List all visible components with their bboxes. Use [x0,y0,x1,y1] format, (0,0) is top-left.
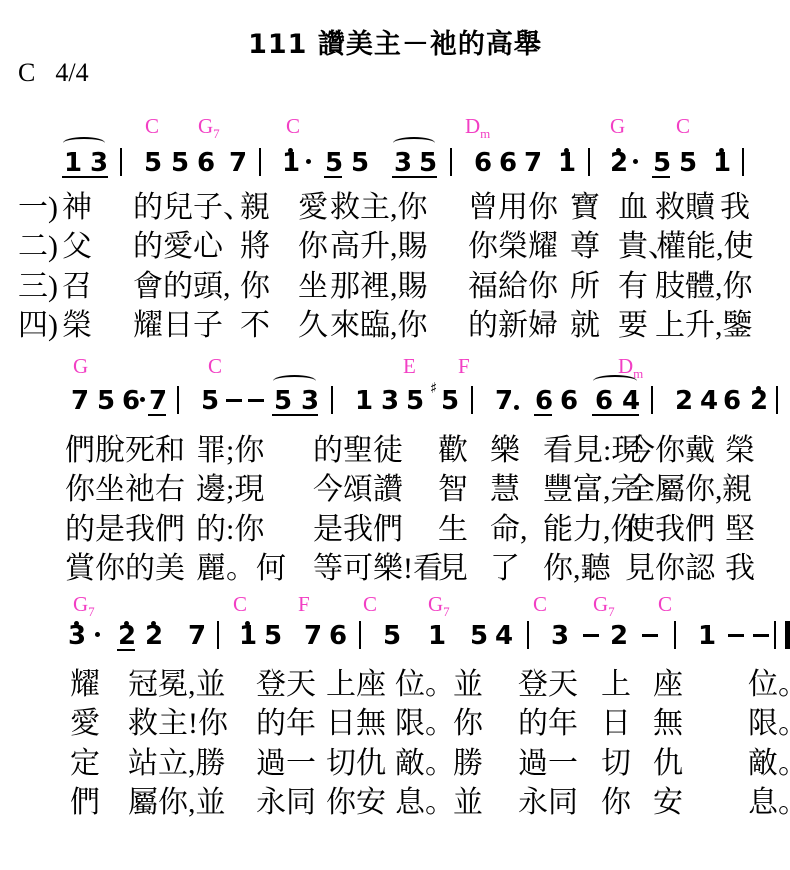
barline [217,621,219,649]
music-note: 3 [301,388,317,414]
lyric-segment: 並 [453,668,483,703]
lyric-segment: 無 [653,707,683,742]
key-signature: C [18,58,35,87]
lyric-segment: 曾用你 [468,191,558,226]
augmentation-dot [306,159,311,164]
verse-number: 四) [18,309,58,344]
music-note: 3 [381,388,397,414]
lyric-segment: 勝 [453,747,483,782]
music-note: 2 [610,623,626,649]
music-note: 7 [71,388,87,414]
lyric-segment: 的新婦 [468,309,558,344]
lyric-segment: 命, [490,513,528,548]
chord-label: G [610,116,625,137]
octave-dot [719,148,724,153]
chord-label: C [145,116,159,137]
lyric-segment: 久 [298,309,328,344]
octave-dot [74,621,79,626]
duration-dash [728,634,744,637]
music-note: 7 [229,150,245,176]
lyric-segment: 日無 [326,707,386,742]
lyric-segment: 召 [62,270,92,305]
lyric-segment: 生 [438,513,468,548]
lyric-segment: 安 [653,786,683,821]
sheet: 111 讚美主－祂的高舉 C4/4 CG7CDmGCGCEFDmG7CFCG7C… [0,0,790,870]
music-note: 1 [239,623,255,649]
music-note: 2 [750,388,766,414]
music-note: 3 [68,623,84,649]
music-note: 2 [610,150,626,176]
lyric-segment: 來臨,你 [330,309,428,344]
music-note: 6 [535,388,551,414]
lyric-segment: 肢體,你 [655,270,753,305]
augmentation-dot [95,632,100,637]
barline [177,386,179,414]
music-note: 6 [329,623,345,649]
music-note: 6 [560,388,576,414]
sharp-accidental-icon: ♯ [430,381,437,396]
beam-line [272,414,318,416]
music-note: 5 [97,388,113,414]
lyric-segment: 尊 [570,230,600,265]
lyric-segment: 息。 [395,786,455,821]
lyric-segment: 你 [601,786,631,821]
music-note: 5 [470,623,486,649]
lyric-segment: 將 [240,230,270,265]
music-note: 6 [499,150,515,176]
lyric-segment: 上 [601,668,631,703]
octave-dot [288,148,293,153]
music-note: 6 [122,388,138,414]
chord-label: G7 [428,594,450,618]
music-note: 7 [495,388,511,414]
slur-arc [273,375,316,387]
barline [359,621,361,649]
lyric-segment: 是我們 [313,513,403,548]
music-note: 4 [622,388,638,414]
beam-line [62,176,108,178]
lyric-segment: 邊;現 [196,473,264,508]
lyric-segment: 父 [62,230,92,265]
lyric-segment: 並 [453,786,483,821]
lyric-segment: 過一 [256,747,316,782]
barline [120,148,122,176]
lyric-segment: 的兒子、 [133,191,253,226]
music-note: 5 [201,388,217,414]
lyric-segment: 有 [618,270,648,305]
music-note: 3 [551,623,567,649]
lyric-segment: 那裡,賜 [330,270,428,305]
music-note: 7 [149,388,165,414]
octave-dot [616,148,621,153]
music-note: 4 [495,623,511,649]
music-note: 2 [118,623,134,649]
lyric-segment: 賞你的美 [65,552,185,587]
music-note: 3 [90,150,106,176]
lyric-segment: 屬你,並 [128,786,226,821]
chord-label: C [286,116,300,137]
music-note: 6 [197,150,213,176]
lyric-segment: 們 [70,786,100,821]
lyric-segment: 切 [601,747,631,782]
music-note: 1 [698,623,714,649]
lyric-segment: 愛 [298,191,328,226]
lyric-segment: 登天 [256,668,316,703]
lyric-segment: 耀 [70,668,100,703]
lyric-segment: 智 [438,473,468,508]
music-note: 6 [723,388,739,414]
music-note: 1 [355,388,371,414]
music-note: 5 [441,388,457,414]
lyric-segment: 高升,賜 [330,230,428,265]
lyric-segment: 慧 [490,473,520,508]
lyric-segment: 不 [240,309,270,344]
slur-arc [593,375,637,387]
lyric-segment: 息。 [748,786,790,821]
verse-number: 二) [18,230,58,265]
duration-dash [583,634,599,637]
music-note: 1 [64,150,80,176]
lyric-segment: 神 [62,191,92,226]
music-note: 1 [282,150,298,176]
lyric-segment: 我 [720,191,750,226]
chord-label: G7 [593,594,615,618]
lyric-segment: 所 [570,270,600,305]
music-note: 5 [351,150,367,176]
key-time-signature: C4/4 [18,58,89,88]
music-note: 5 [325,150,341,176]
lyric-segment: 寶 [570,191,600,226]
lyric-segment: 救主!你 [128,707,228,742]
chord-label: C [658,594,672,615]
note-underline [324,176,342,178]
chord-label: C [208,356,222,377]
verse-number: 三) [18,270,58,305]
beam-line [392,176,437,178]
lyric-segment: 你坐祂右 [65,473,185,508]
lyric-segment: 過一 [518,747,578,782]
lyric-segment: 登天 [518,668,578,703]
lyric-segment: 限。 [395,707,455,742]
lyric-segment: 了 [490,552,520,587]
barline [471,386,473,414]
octave-dot [151,621,156,626]
octave-dot [756,386,761,391]
music-note: 5 [653,150,669,176]
music-note: 5 [383,623,399,649]
lyric-segment: 愛 [70,707,100,742]
note-underline [652,176,670,178]
chord-label: E [403,356,416,377]
music-note: 5 [171,150,187,176]
music-note: 7 [524,150,540,176]
music-note: 3 [394,150,410,176]
lyric-segment: 今頌讚 [313,473,403,508]
lyric-segment: 救主,你 [330,191,428,226]
lyric-segment: 親 [722,473,752,508]
slur-arc [63,137,105,149]
duration-dash [753,634,769,637]
octave-dot [245,621,250,626]
lyric-segment: 你 [240,270,270,305]
music-note: 1 [428,623,444,649]
lyric-segment: 永同 [256,786,316,821]
music-note: 2 [145,623,161,649]
lyric-segment: 樂 [490,434,520,469]
chord-label: C [363,594,377,615]
lyric-segment: 今你戴 [625,434,715,469]
music-note: 5 [274,388,290,414]
chord-label: G7 [198,116,220,140]
chord-label: C [676,116,690,137]
lyric-segment: 要 [618,309,648,344]
lyric-segment: 你 [298,230,328,265]
barline [450,148,452,176]
note-underline [148,414,166,416]
lyric-segment: 耀日子 [133,309,223,344]
lyric-segment: 你 [453,707,483,742]
octave-dot [564,148,569,153]
duration-dash [226,399,242,402]
chord-label: F [458,356,470,377]
lyric-segment: 見 [438,552,468,587]
lyric-segment: 見你認 [625,552,715,587]
lyric-segment: 座 [653,668,683,703]
lyric-segment: 親 [240,191,270,226]
music-note: 4 [700,388,716,414]
music-note: 2 [675,388,691,414]
lyric-segment: 使我們 [625,513,715,548]
barline [651,386,653,414]
lyric-segment: 罪;你 [196,434,264,469]
chord-label: C [533,594,547,615]
lyric-segment: 我 [725,552,755,587]
lyric-segment: 位。 [395,668,455,703]
lyric-segment: 切仇 [326,747,386,782]
duration-dash [248,399,264,402]
lyric-segment: 就 [570,309,600,344]
slur-arc [393,137,435,149]
lyric-segment: 你榮耀 [468,230,558,265]
lyric-segment: 敵。 [748,747,790,782]
music-note: 5 [144,150,160,176]
verse-number: 一) [18,191,58,226]
octave-dot [124,621,129,626]
lyric-segment: 們脫死和 [65,434,185,469]
barline [588,148,590,176]
music-note: 5 [406,388,422,414]
augmentation-dot [514,405,519,410]
lyric-segment: 定 [70,747,100,782]
lyric-segment: 權能,使 [656,230,754,265]
lyric-segment: 位。 [748,668,790,703]
lyric-segment: 的愛心 [133,230,223,265]
time-signature: 4/4 [55,58,88,88]
barline [527,621,529,649]
chord-label: F [298,594,310,615]
lyric-segment: 上升,鑒 [655,309,753,344]
barline [742,148,744,176]
lyric-segment: 坐 [298,270,328,305]
music-note: 5 [264,623,280,649]
lyric-segment: 救贖 [655,191,715,226]
music-note: 6 [595,388,611,414]
beam-line [592,414,639,416]
lyric-segment: 血 [618,191,648,226]
lyric-segment: 仇 [653,747,683,782]
lyric-segment: 榮 [62,309,92,344]
lyric-segment: 冠冕,並 [128,668,226,703]
lyric-segment: 的年 [256,707,316,742]
lyric-segment: 的:你 [196,513,264,548]
lyric-segment: 的年 [518,707,578,742]
lyric-segment: 福給你 [468,270,558,305]
music-note: 7 [304,623,320,649]
music-note: 1 [713,150,729,176]
duration-dash [642,634,658,637]
barline [776,386,778,414]
music-note: 1 [558,150,574,176]
lyric-segment: 會的頭, [133,270,231,305]
lyric-segment: 等可樂!看 [313,552,443,587]
lyric-segment: 榮 [725,434,755,469]
lyric-segment: 敵。 [395,747,455,782]
lyric-segment: 你安 [326,786,386,821]
lyric-segment: 你,聽 [543,552,611,587]
hymn-title: 111 讚美主－祂的高舉 [0,22,790,61]
barline [331,386,333,414]
lyric-segment: 的聖徒 [313,434,403,469]
music-note: 5 [419,150,435,176]
lyric-segment: 永同 [518,786,578,821]
note-underline [117,649,135,651]
music-note: 6 [474,150,490,176]
music-note: 7 [188,623,204,649]
chord-label: Dm [465,116,490,140]
chord-label: C [233,594,247,615]
lyric-segment: 的是我們 [65,513,185,548]
lyric-segment: 上座 [326,668,386,703]
note-underline [534,414,552,416]
lyric-segment: 限。 [748,707,790,742]
augmentation-dot [633,159,638,164]
final-barline [774,621,790,649]
barline [674,621,676,649]
lyric-segment: 站立,勝 [128,747,226,782]
barline [259,148,261,176]
lyric-segment: 堅 [725,513,755,548]
music-note: 5 [679,150,695,176]
augmentation-dot [140,397,145,402]
lyric-segment: 日 [601,707,631,742]
lyric-segment: 全屬你, [625,473,723,508]
lyric-segment: 麗。何 [196,552,286,587]
lyric-segment: 歡 [438,434,468,469]
chord-label: G7 [73,594,95,618]
chord-label: G [73,356,88,377]
